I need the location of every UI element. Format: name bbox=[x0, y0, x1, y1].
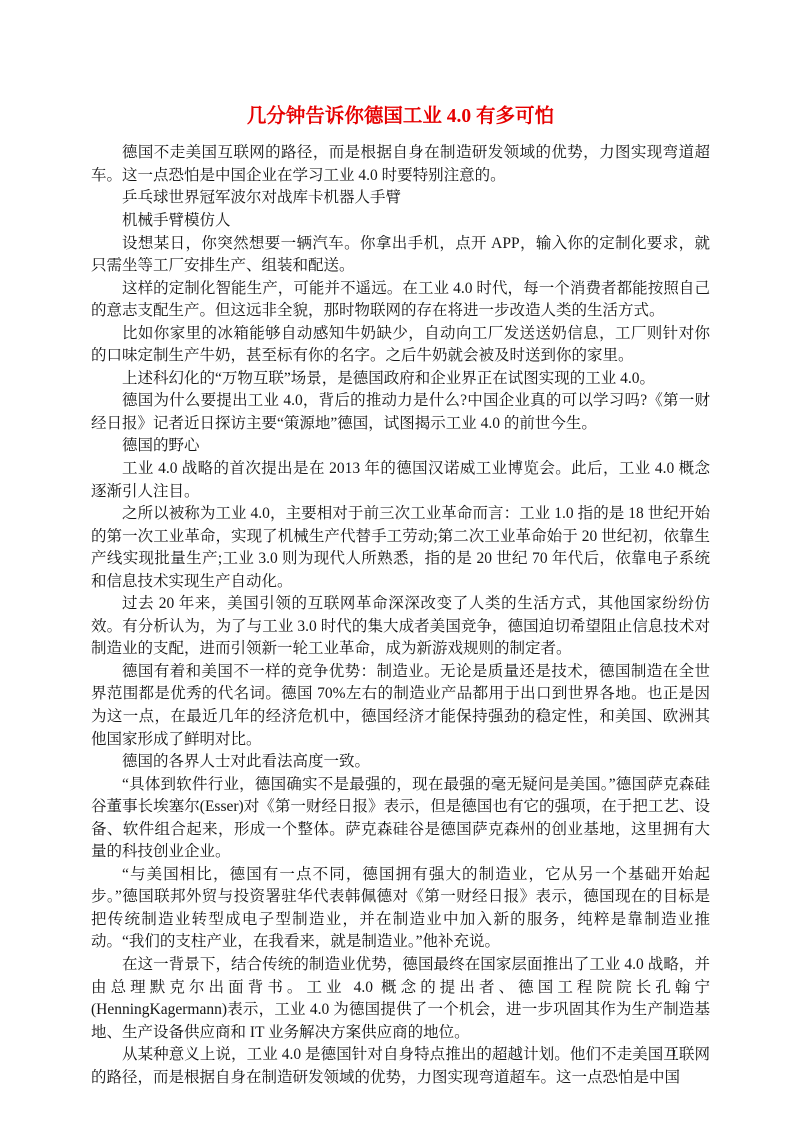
paragraph: 之所以被称为工业 4.0，主要相对于前三次工业革命而言：工业 1.0 指的是 1… bbox=[91, 503, 710, 593]
paragraph: 机械手臂模仿人 bbox=[91, 210, 710, 233]
paragraph: “具体到软件行业，德国确实不是最强的，现在最强的毫无疑问是美国。”德国萨克森硅谷… bbox=[91, 774, 710, 864]
page-title: 几分钟告诉你德国工业 4.0 有多可怕 bbox=[0, 0, 800, 129]
document-page: 几分钟告诉你德国工业 4.0 有多可怕 德国不走美国互联网的路径，而是根据自身在… bbox=[0, 0, 800, 1132]
paragraph: 比如你家里的冰箱能够自动感知牛奶缺少，自动向工厂发送送奶信息，工厂则针对你的口味… bbox=[91, 323, 710, 368]
paragraph: “与美国相比，德国有一点不同，德国拥有强大的制造业，它从另一个基础开始起步。”德… bbox=[91, 864, 710, 954]
paragraph: 德国为什么要提出工业 4.0，背后的推动力是什么?中国企业真的可以学习吗?《第一… bbox=[91, 390, 710, 435]
paragraph: 这样的定制化智能生产，可能并不遥远。在工业 4.0 时代，每一个消费者都能按照自… bbox=[91, 278, 710, 323]
paragraph: 德国的野心 bbox=[91, 435, 710, 458]
paragraph: 乒乓球世界冠军波尔对战库卡机器人手臂 bbox=[91, 187, 710, 210]
page-number: 1 bbox=[670, 1043, 677, 1061]
paragraph: 上述科幻化的“万物互联”场景，是德国政府和企业界正在试图实现的工业 4.0。 bbox=[91, 368, 710, 391]
document-body: 德国不走美国互联网的路径，而是根据自身在制造研发领域的优势，力图实现弯道超车。这… bbox=[91, 142, 710, 1089]
paragraph: 德国不走美国互联网的路径，而是根据自身在制造研发领域的优势，力图实现弯道超车。这… bbox=[91, 142, 710, 187]
paragraph: 过去 20 年来，美国引领的互联网革命深深改变了人类的生活方式，其他国家纷纷仿效… bbox=[91, 593, 710, 661]
paragraph: 工业 4.0 战略的首次提出是在 2013 年的德国汉诺威工业博览会。此后，工业… bbox=[91, 458, 710, 503]
paragraph: 德国的各界人士对此看法高度一致。 bbox=[91, 751, 710, 774]
paragraph: 德国有着和美国不一样的竞争优势：制造业。无论是质量还是技术，德国制造在全世界范围… bbox=[91, 661, 710, 751]
paragraph: 设想某日，你突然想要一辆汽车。你拿出手机，点开 APP，输入你的定制化要求，就只… bbox=[91, 233, 710, 278]
paragraph: 从某种意义上说，工业 4.0 是德国针对自身特点推出的超越计划。他们不走美国互联… bbox=[91, 1044, 710, 1089]
paragraph: 在这一背景下，结合传统的制造业优势，德国最终在国家层面推出了工业 4.0 战略，… bbox=[91, 954, 710, 1044]
